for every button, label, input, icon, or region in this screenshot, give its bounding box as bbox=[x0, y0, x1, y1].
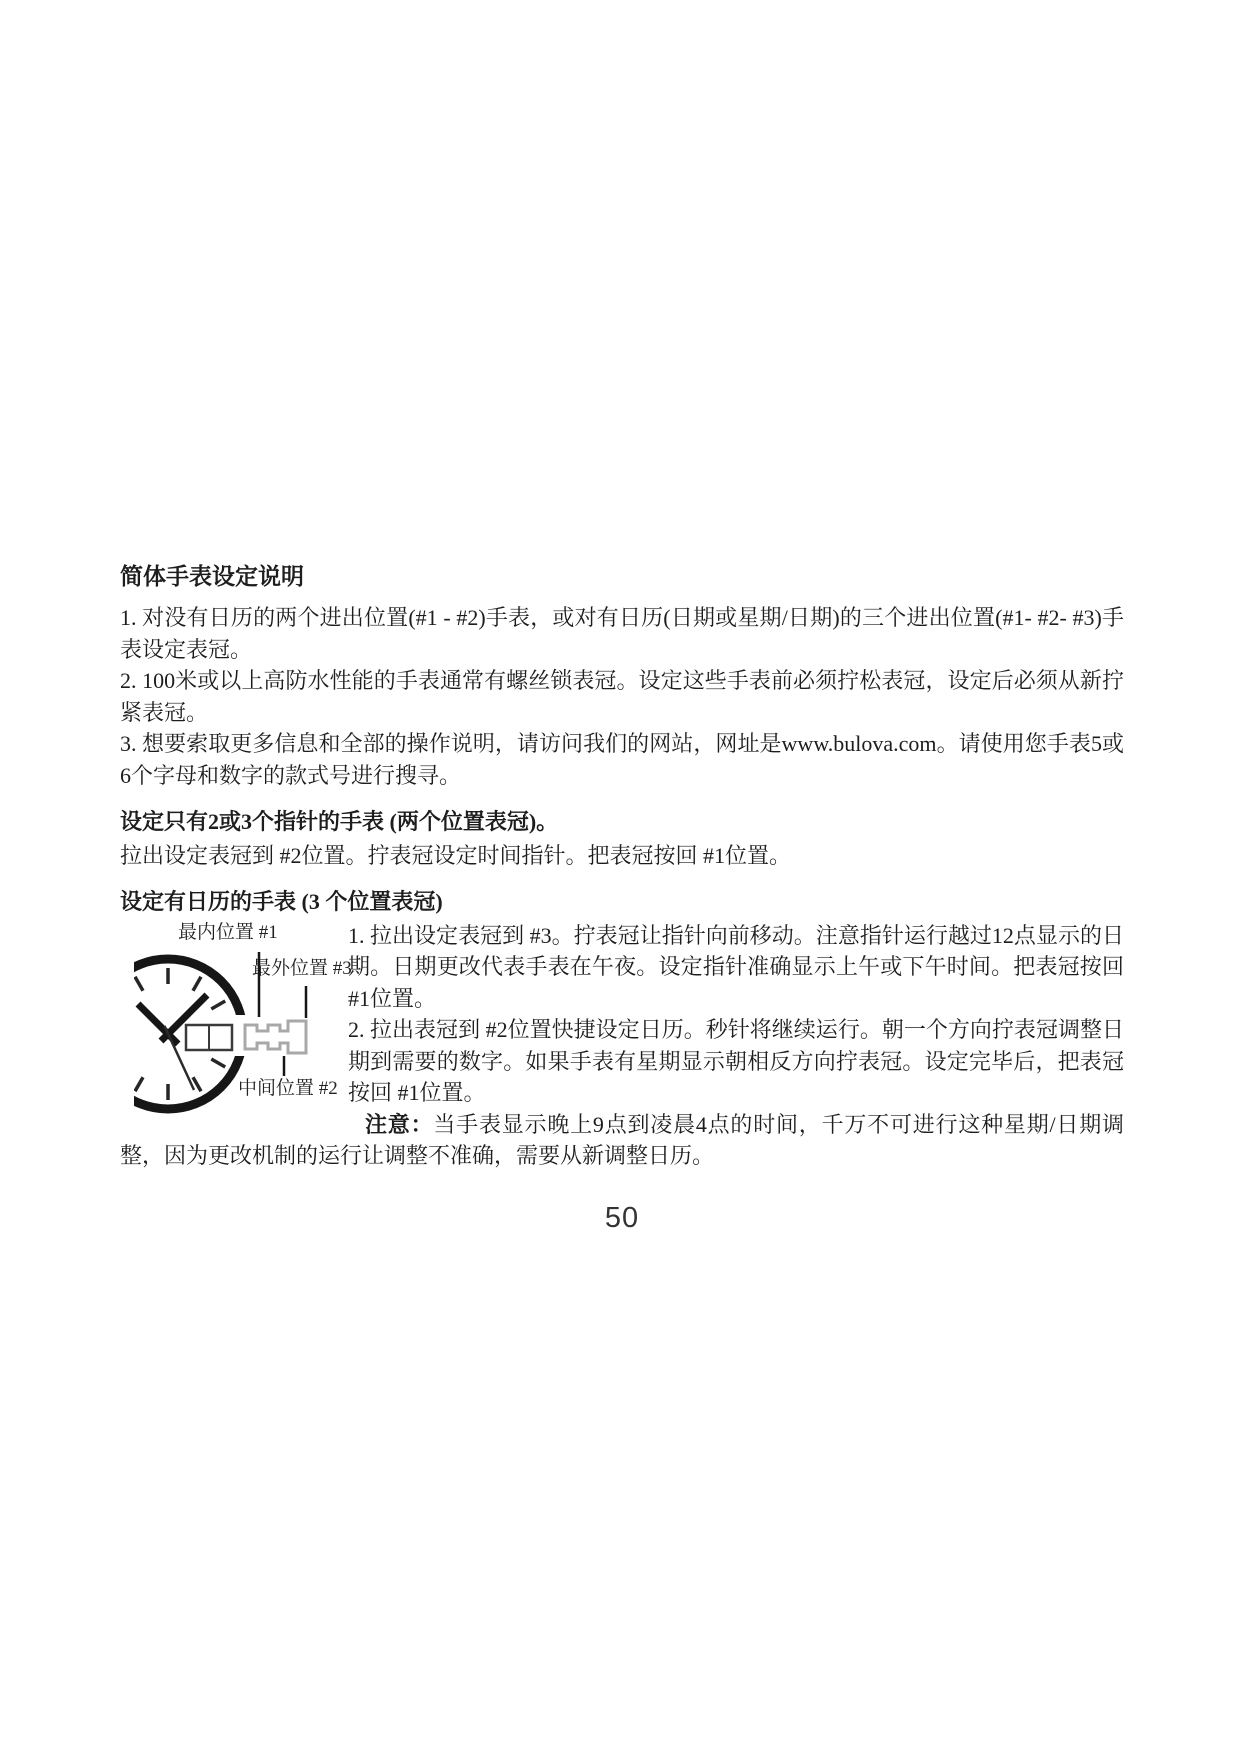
note-label: 注意： bbox=[365, 1112, 433, 1137]
page-title: 简体手表设定说明 bbox=[120, 562, 1124, 592]
intro-item-1: 1. 对没有日历的两个进出位置(#1 - #2)手表，或对有日历(日期或星期/日… bbox=[120, 602, 1124, 665]
calendar-note: 注意：当手表显示晚上9点到凌晨4点的时间，千万不可进行这种星期/日期调整，因为更… bbox=[120, 1109, 1124, 1172]
pointer-lines bbox=[259, 952, 306, 1076]
intro-item-2: 2. 100米或以上高防水性能的手表通常有螺丝锁表冠。设定这些手表前必须拧松表冠… bbox=[120, 665, 1124, 728]
two-hand-section-heading: 设定只有2或3个指针的手表 (两个位置表冠)。 bbox=[120, 806, 1124, 838]
intro-item-3: 3. 想要索取更多信息和全部的操作说明，请访问我们的网站，网址是www.bulo… bbox=[120, 728, 1124, 791]
calendar-section-heading: 设定有日历的手表 (3 个位置表冠) bbox=[120, 886, 1124, 918]
page-number: 50 bbox=[120, 1202, 1124, 1235]
crown-position-diagram: 最内位置 #1 最外位置 #3 中间位置 #2 bbox=[120, 920, 348, 1118]
date-window-icon bbox=[186, 1025, 232, 1050]
manual-page-content: 简体手表设定说明 1. 对没有日历的两个进出位置(#1 - #2)手表，或对有日… bbox=[120, 562, 1124, 1235]
two-hand-section-body: 拉出设定表冠到 #2位置。拧表冠设定时间指针。把表冠按回 #1位置。 bbox=[120, 840, 1124, 872]
calendar-section: 最内位置 #1 最外位置 #3 中间位置 #2 bbox=[120, 920, 1124, 1172]
hour-hand-icon bbox=[138, 1004, 178, 1044]
crown-stem-icon bbox=[245, 1021, 306, 1053]
note-text: 当手表显示晚上9点到凌晨4点的时间，千万不可进行这种星期/日期调整，因为更改机制… bbox=[120, 1112, 1124, 1169]
watch-movement-icon bbox=[134, 920, 348, 1118]
